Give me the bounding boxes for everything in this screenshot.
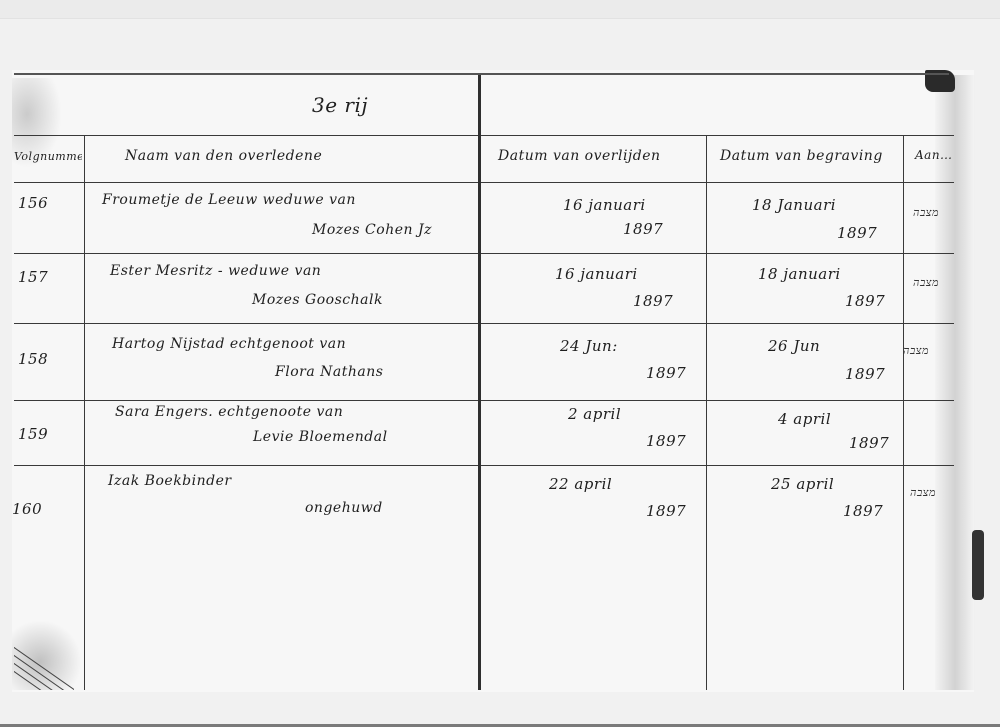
death-date-day: 24 Jun:: [560, 337, 618, 355]
deceased-name: Sara Engers. echtgenoote van: [115, 404, 343, 420]
death-date-year: 1897: [646, 432, 686, 450]
death-date-day: 16 januari: [555, 265, 638, 283]
page-top-border: [14, 73, 949, 75]
burial-date-day: 25 april: [771, 475, 834, 493]
page-spine: [478, 75, 481, 690]
header-top-line: [14, 135, 954, 136]
row-line-2: [14, 323, 954, 324]
burial-date-year: 1897: [845, 292, 885, 310]
row-number: 159: [18, 425, 48, 443]
deceased-relation: Flora Nathans: [275, 364, 383, 380]
burial-date-day: 18 januari: [758, 265, 841, 283]
burial-date-day: 4 april: [778, 410, 831, 428]
deceased-relation: Mozes Gooschalk: [252, 292, 383, 308]
header-number: Volgnummer: [14, 150, 82, 163]
scanner-bed-top: [0, 0, 1000, 19]
row-line-4: [14, 465, 954, 466]
deceased-relation: Levie Bloemendal: [253, 429, 388, 445]
burial-date-year: 1897: [845, 365, 885, 383]
remark-mark: מצבה: [913, 276, 939, 289]
header-death-date: Datum van overlijden: [498, 148, 661, 164]
col-line-death: [706, 135, 707, 690]
remark-mark: מצבה: [913, 206, 939, 219]
deceased-name: Ester Mesritz - weduwe van: [110, 263, 321, 279]
header-remarks: Aan…: [915, 148, 953, 162]
deceased-relation: Mozes Cohen Jz: [312, 222, 432, 238]
death-date-day: 22 april: [549, 475, 612, 493]
deceased-name: Froumetje de Leeuw weduwe van: [102, 192, 356, 208]
burial-date-year: 1897: [849, 434, 889, 452]
torn-corner-bottom-left: [14, 636, 74, 690]
death-date-year: 1897: [623, 220, 663, 238]
burial-date-year: 1897: [837, 224, 877, 242]
deceased-name: Izak Boekbinder: [108, 473, 232, 489]
remark-mark: מצבה: [910, 486, 936, 499]
header-burial-date: Datum van begraving: [720, 148, 883, 164]
death-date-year: 1897: [646, 364, 686, 382]
tear-right-edge: [972, 530, 984, 600]
col-line-burial: [903, 135, 904, 690]
deceased-name: Hartog Nijstad echtgenoot van: [112, 336, 346, 352]
row-number: 156: [18, 194, 48, 212]
worn-right-edge: [935, 75, 975, 690]
section-heading: 3e rij: [312, 93, 368, 117]
row-number: 158: [18, 350, 48, 368]
col-line-number: [84, 135, 85, 690]
death-date-year: 1897: [633, 292, 673, 310]
deceased-relation: ongehuwd: [305, 500, 383, 516]
header-bottom-line: [14, 182, 954, 183]
row-line-3: [14, 400, 954, 401]
remark-mark: מצבה: [903, 344, 929, 357]
burial-date-day: 26 Jun: [768, 337, 820, 355]
burial-date-day: 18 Januari: [752, 196, 836, 214]
row-line-1: [14, 253, 954, 254]
row-number: 157: [18, 268, 48, 286]
death-date-year: 1897: [646, 502, 686, 520]
death-date-day: 16 januari: [563, 196, 646, 214]
header-name: Naam van den overledene: [125, 148, 322, 164]
death-date-day: 2 april: [568, 405, 621, 423]
row-number: 160: [12, 500, 42, 518]
burial-date-year: 1897: [843, 502, 883, 520]
